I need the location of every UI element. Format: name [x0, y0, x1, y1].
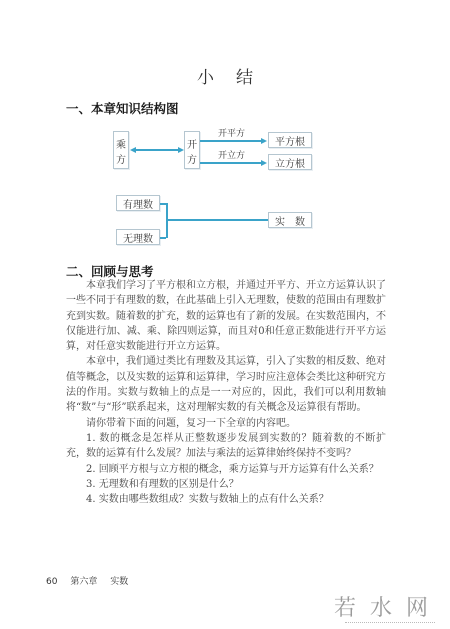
chapter-title: 实数	[110, 577, 128, 587]
box-char: 方	[116, 151, 126, 166]
review-body: 本章我们学习了平方根和立方根，并通过开平方、开立方运算认识了一些不同于有理数的数…	[66, 278, 386, 507]
page-number: 60	[46, 577, 57, 587]
box-kaifang: 开 方	[184, 131, 200, 169]
edge-label-cube-root-op: 开立方	[218, 148, 245, 161]
connector-to-real	[166, 219, 268, 221]
box-rational: 有理数	[116, 195, 160, 211]
box-real-numbers: 实 数	[268, 212, 312, 228]
chapter-number: 第六章	[70, 577, 97, 587]
page-title: 小结	[0, 63, 450, 88]
question-item: 1. 数的概念是怎样从正整数逐步发展到实数的？随着数的不断扩充，数的运算有什么发…	[66, 431, 386, 462]
question-item: 2. 回顾平方根与立方根的概念，乘方运算与开方运算有什么关系？	[66, 462, 386, 477]
section-heading-structure: 一、本章知识结构图	[66, 99, 179, 117]
paragraph: 本章中，我们通过类比有理数及其运算，引入了实数的相反数、绝对值等概念，以及实数的…	[66, 354, 386, 415]
question-item: 4. 实数由哪些数组成？实数与数轴上的点有什么关系？	[66, 492, 386, 507]
box-char: 乘	[116, 136, 126, 151]
page-footer: 60 第六章 实数	[46, 574, 138, 587]
arrow-right-icon	[261, 160, 267, 166]
connector-top	[200, 140, 262, 142]
connector-bottom	[200, 162, 262, 164]
box-cube-root: 立方根	[268, 154, 312, 170]
box-char: 方	[187, 151, 197, 166]
edge-label-square-root-op: 开平方	[218, 126, 245, 139]
bracket-vertical	[166, 203, 168, 238]
bidirectional-connector	[134, 149, 180, 151]
arrow-right-icon	[261, 138, 267, 144]
box-chengfang: 乘 方	[113, 131, 129, 169]
watermark-logo: 若水网	[334, 591, 442, 622]
box-char: 开	[187, 136, 197, 151]
paragraph: 本章我们学习了平方根和立方根，并通过开平方、开立方运算认识了一些不同于有理数的数…	[66, 278, 386, 354]
box-square-root: 平方根	[268, 132, 312, 148]
watermark-underline	[345, 622, 435, 624]
question-item: 3. 无理数和有理数的区别是什么？	[66, 477, 386, 492]
box-irrational: 无理数	[116, 229, 160, 245]
paragraph: 请你带着下面的问题，复习一下全章的内容吧。	[66, 416, 386, 431]
